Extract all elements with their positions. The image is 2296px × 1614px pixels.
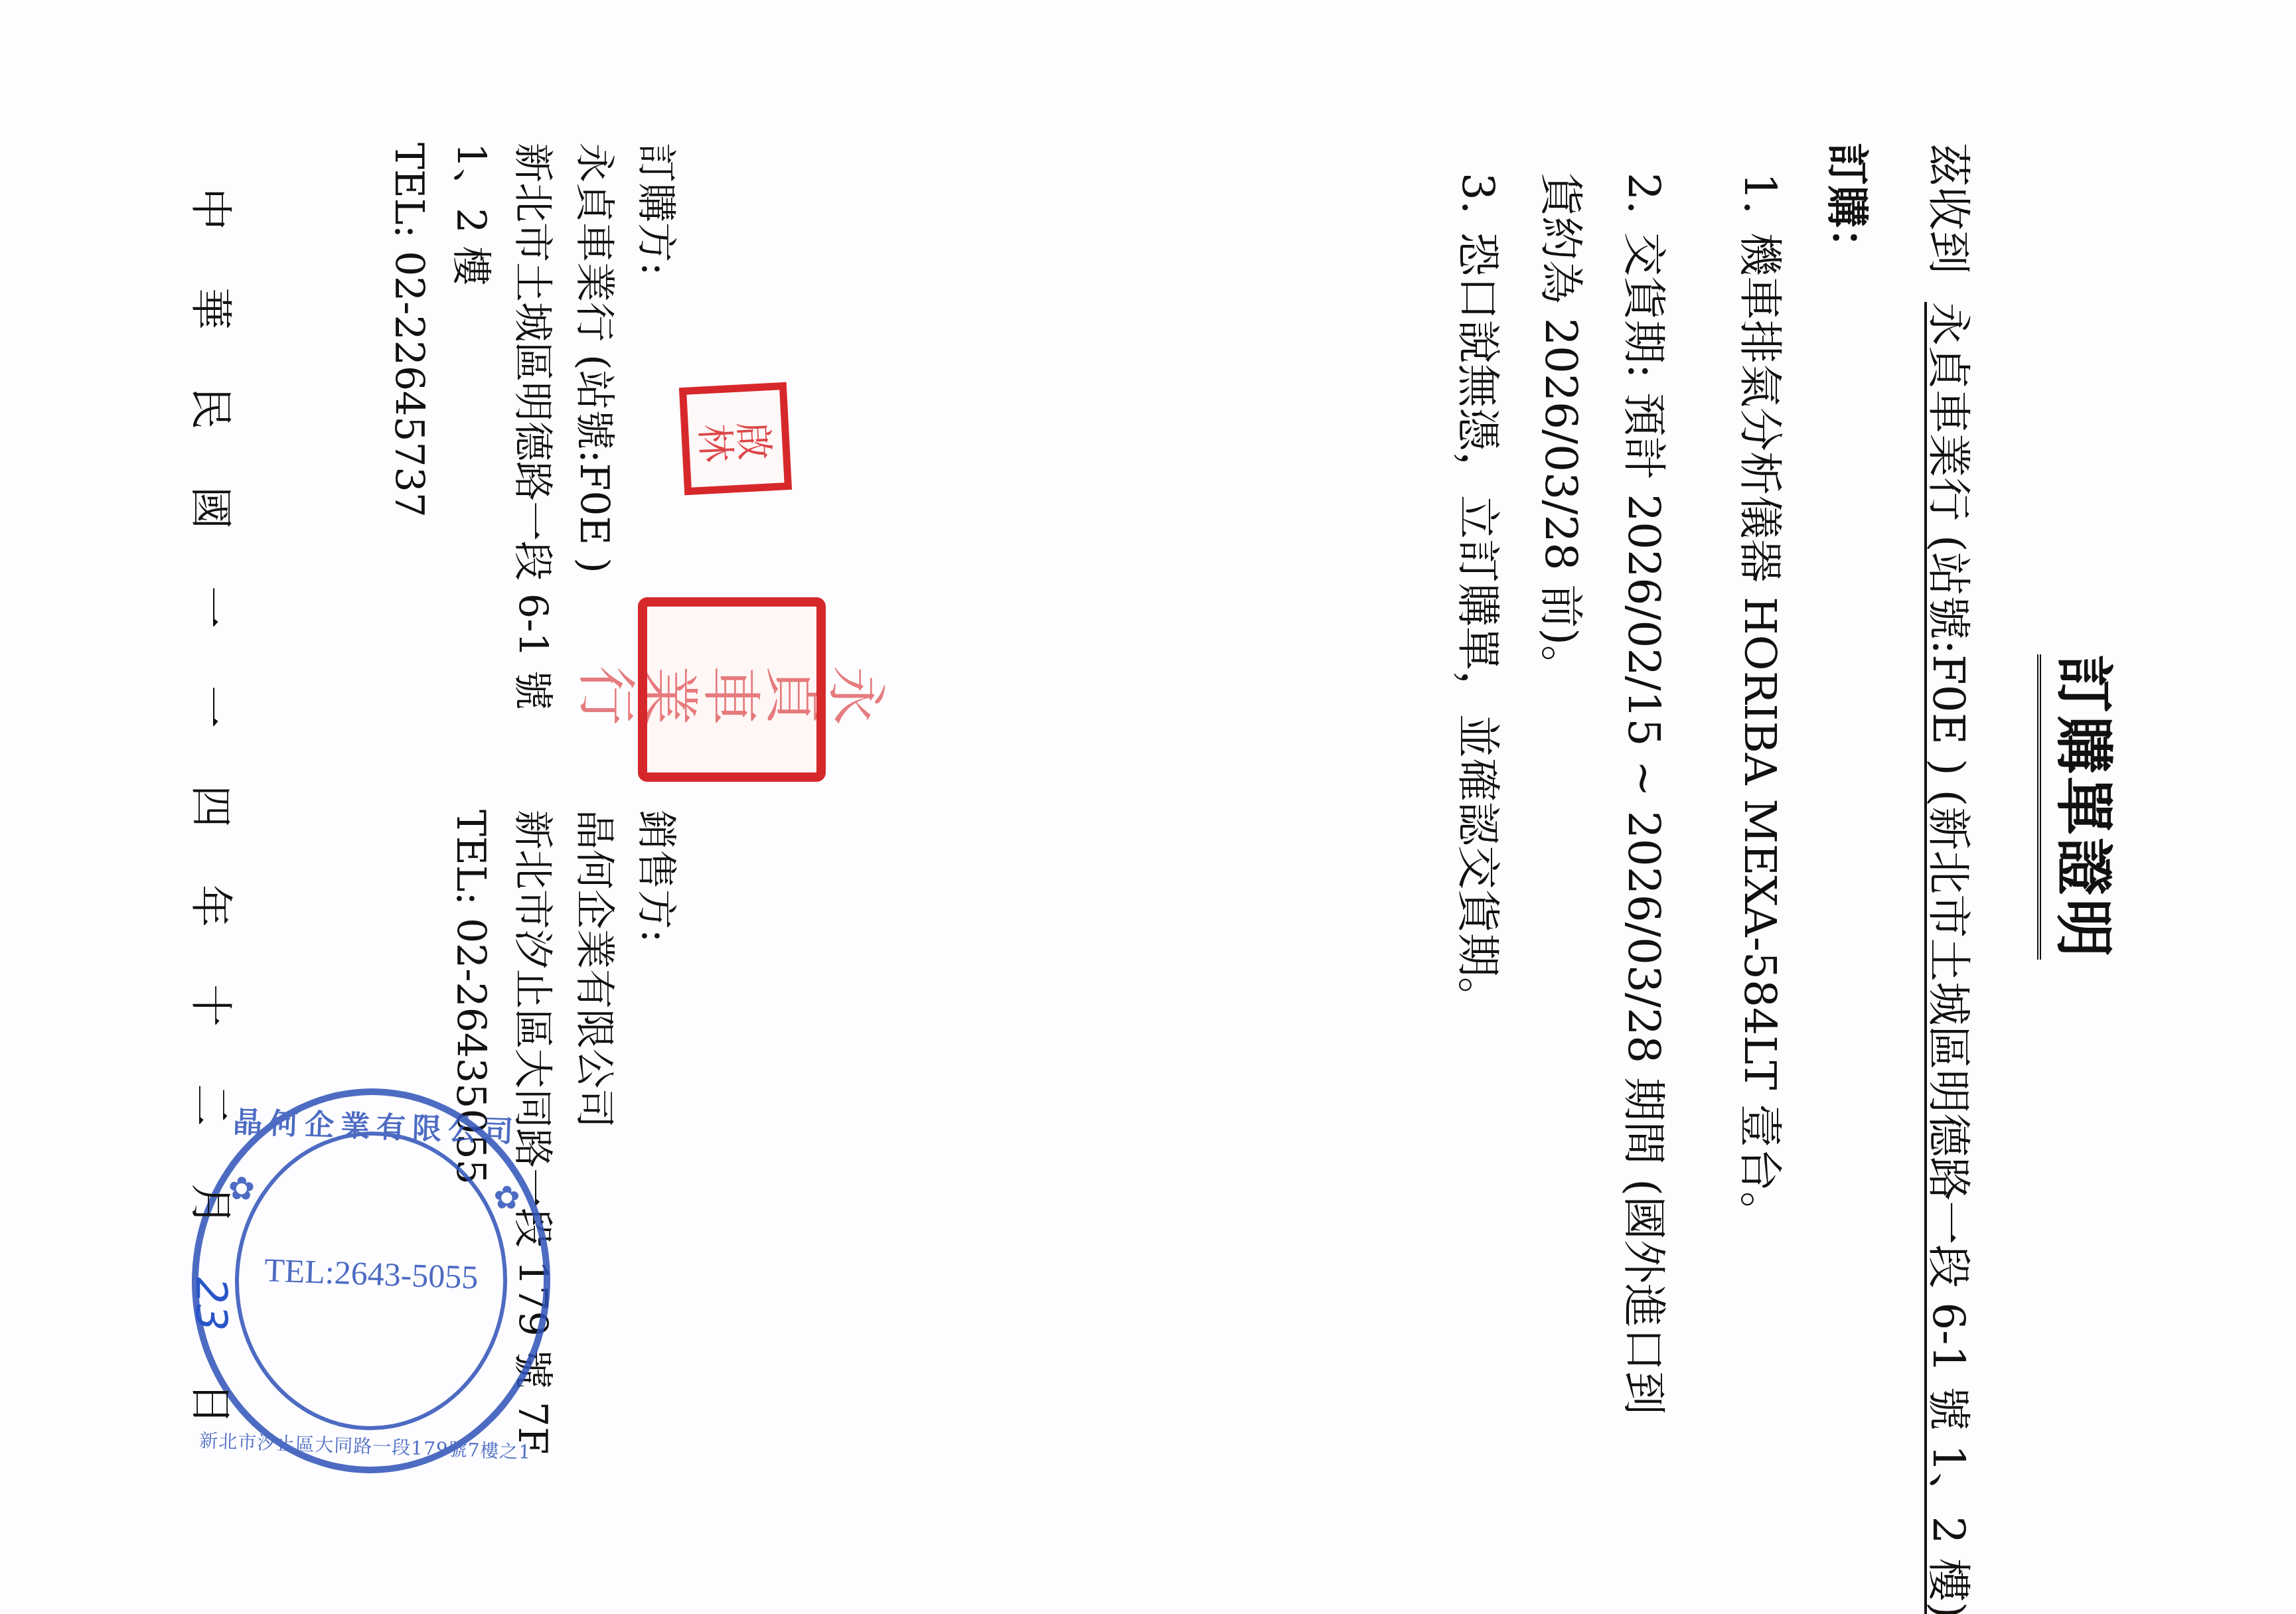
order-label: 訂購： [1820,143,1881,270]
date-char: 二 [184,1055,245,1155]
date-char: 日 [184,1354,245,1453]
date-char: 年 [184,856,245,956]
buyer-label: 訂購方: [625,143,686,710]
date-char: 四 [184,757,245,856]
seller-label: 銷售方: [625,810,686,1455]
date-char: 一 [184,657,245,757]
date-char: 華 [184,259,245,358]
date-line: 中華民國一一四年十二月23日 [184,159,245,1453]
date-char: 一 [184,557,245,657]
item-number: 2. [1602,173,1685,232]
flower-icon: ✿ [493,1179,520,1216]
date-char: 十 [184,956,245,1055]
date-char: 國 [184,458,245,557]
item-text: 恐口說無憑，立訂購單，並確認交貨期。 [1452,232,1503,1021]
receipt-line: 茲收到 永貞車業行 (站號:F0E ) (新北市土城區明德路一段 6-1 號 1… [1921,143,1984,1614]
order-item: 2.交貨期: 預計 2026/02/15 ~ 2026/03/28 期間 (國外… [1519,173,1685,1433]
buyer-address-line2: 1、2 樓 [439,143,501,710]
date-char: 中 [184,159,245,259]
buyer-personal-seal: 啟林 [679,382,792,495]
order-certificate-page: 訂購單證明 茲收到 永貞車業行 (站號:F0E ) (新北市土城區明德路一段 6… [0,0,2296,1614]
buyer-address-line1: 新北市土城區明德路一段 6-1 號 [501,143,563,710]
item-number: 1. [1719,173,1801,232]
seal-text: 啟林 [696,417,775,460]
receipt-party: 永貞車業行 (站號:F0E ) (新北市土城區明德路一段 6-1 號 1、2 樓… [1923,302,1974,1614]
handwritten-day: 23 [186,1254,235,1354]
buyer-tel: TEL: 02-22645737 [378,143,439,710]
item-text: 交貨期: 預計 2026/02/15 ~ 2026/03/28 期間 (國外進口… [1535,173,1669,1415]
seller-name: 晶何企業有限公司 [563,810,625,1455]
receipt-prefix: 茲收到 [1923,143,1974,274]
buyer-block: 訂購方: 永貞車業行 (站號:F0E ) 新北市土城區明德路一段 6-1 號 1… [378,143,686,710]
date-char: 月 [184,1155,245,1254]
document-title: 訂購單證明 [2037,0,2130,1614]
item-number: 3. [1436,173,1519,232]
buyer-name: 永貞車業行 (站號:F0E ) [563,143,625,710]
order-item: 3.恐口說無憑，立訂購單，並確認交貨期。 [1436,173,1519,1433]
order-item: 1.機車排氣分析儀器 HORIBA MEXA-584LT 壹台。 [1719,173,1801,1433]
item-text: 機車排氣分析儀器 HORIBA MEXA-584LT 壹台。 [1734,232,1786,1235]
date-char: 民 [184,358,245,458]
